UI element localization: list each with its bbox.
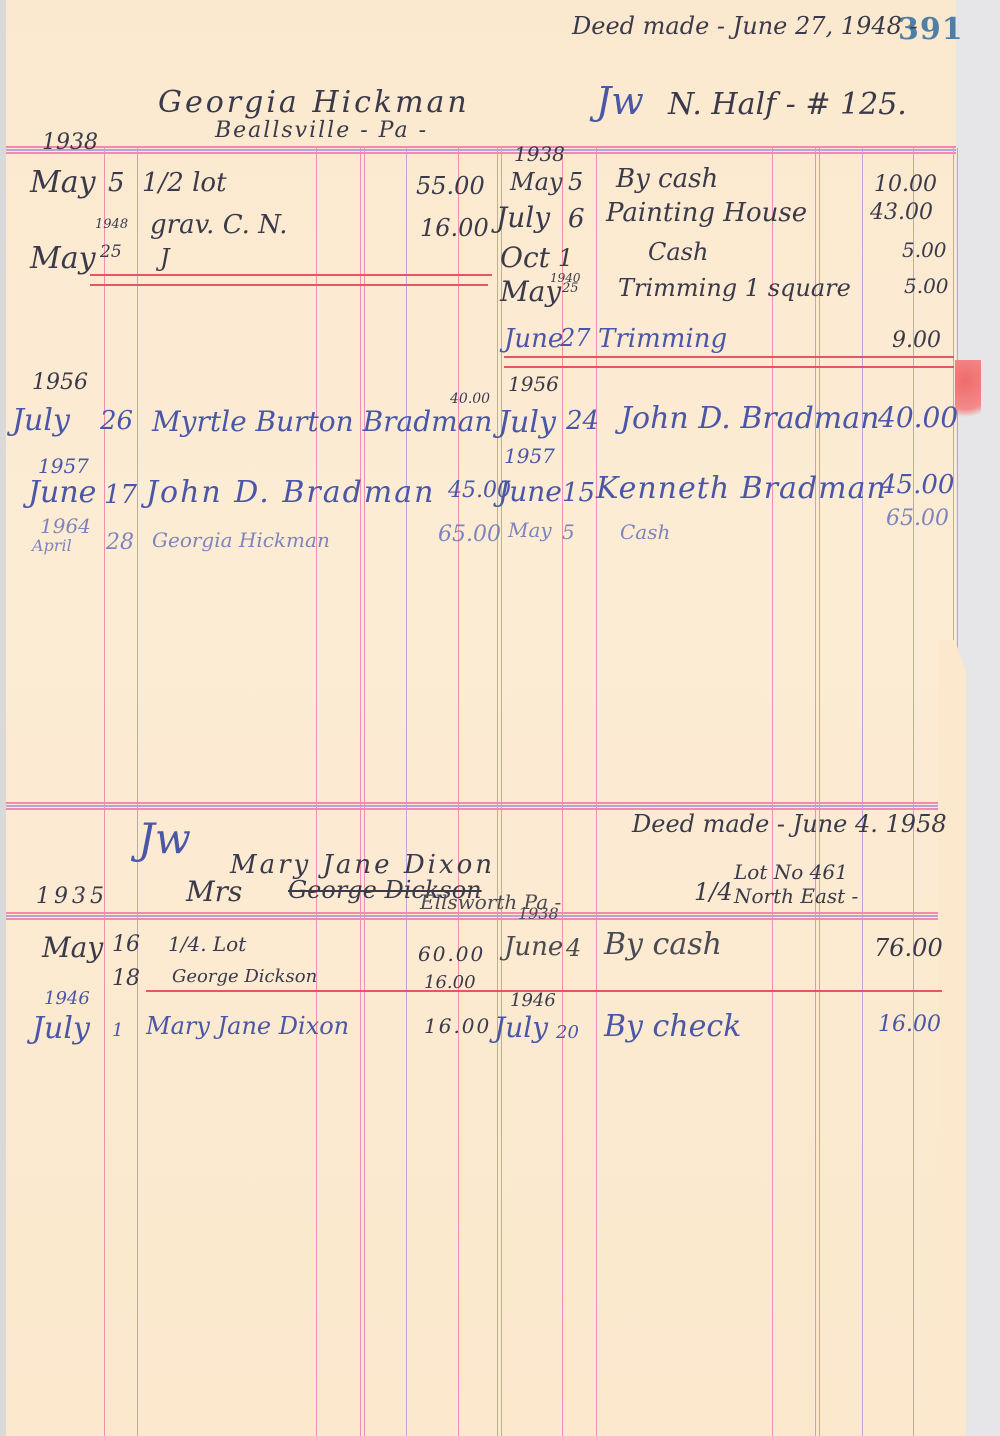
initials-mark: Jw <box>596 82 644 120</box>
credit-description: Painting House <box>606 200 807 226</box>
credit-day: 24 <box>566 408 599 434</box>
owner-prefix: Mrs <box>186 878 242 906</box>
owner-name: Georgia Hickman <box>158 88 470 118</box>
credit-amount: 65.00 <box>886 508 949 530</box>
owner-town: Beallsville - Pa - <box>215 120 428 142</box>
credit-day: 5 <box>568 170 583 194</box>
debit-day: 17 <box>104 482 137 508</box>
debit-day: 25 <box>100 244 122 261</box>
total-rule <box>90 274 492 276</box>
credit-amount: 9.00 <box>892 330 941 352</box>
debit-description: Myrtle Burton Bradman <box>152 408 492 436</box>
credit-description: Cash <box>620 522 670 542</box>
credit-description: Cash <box>648 240 708 264</box>
debit-amount: 65.00 <box>438 524 501 546</box>
credit-month: July <box>498 408 556 438</box>
debit-description: Mary Jane Dixon <box>146 1014 349 1038</box>
debit-month: April <box>32 538 72 554</box>
credit-description: By cash <box>616 166 718 192</box>
credit-month: May <box>508 520 552 540</box>
debit-year: 1956 <box>32 372 88 394</box>
debit-day: 18 <box>112 968 140 990</box>
credit-description: John D. Bradman <box>620 404 879 434</box>
credit-year: 1956 <box>508 374 559 394</box>
debit-amount: 55.00 <box>416 174 485 198</box>
red-ink-blot <box>955 360 981 430</box>
deed-note: Deed made - June 27, 1948 - <box>572 14 918 38</box>
credit-day: 20 <box>556 1024 579 1042</box>
debit-year: 1964 <box>40 516 91 536</box>
credit-description: By check <box>604 1012 741 1042</box>
credit-description: Trimming <box>598 326 727 352</box>
debit-day: 28 <box>106 532 134 554</box>
credit-month: June <box>498 478 562 506</box>
debit-month: June <box>28 478 96 508</box>
credit-year: 1957 <box>504 446 555 466</box>
credit-amount: 16.00 <box>878 1014 941 1036</box>
credit-month: June <box>504 934 563 960</box>
torn-edge <box>938 640 966 1436</box>
credit-amount: 5.00 <box>902 240 947 260</box>
total-rule <box>504 366 954 368</box>
lot-section: North East - <box>734 886 858 906</box>
credit-month: July <box>494 1014 548 1042</box>
debit-day: 5 <box>108 170 125 196</box>
debit-year: 1948 <box>95 218 128 231</box>
footer-rule-account-1 <box>6 802 956 810</box>
credit-month: May <box>510 170 562 194</box>
credit-month: June <box>504 326 563 352</box>
credit-day: 1 <box>558 246 573 270</box>
debit-description: Georgia Hickman <box>152 530 330 550</box>
debit-day: 16 <box>112 934 140 956</box>
credit-year: 1946 <box>510 992 556 1010</box>
lot-description: Lot No 461 <box>734 862 848 882</box>
debit-month: July <box>12 406 70 436</box>
debit-year: 1938 <box>42 132 98 154</box>
credit-amount: 45.00 <box>880 472 954 498</box>
credit-description: Trimming 1 square <box>618 276 851 300</box>
debit-amount: 40.00 <box>450 392 490 406</box>
credit-amount: 10.00 <box>874 174 937 196</box>
debit-description: 1/4. Lot <box>168 934 246 954</box>
debit-description: 1/2 lot <box>142 170 227 196</box>
credit-month: May <box>500 278 561 306</box>
debit-description: J <box>160 246 170 270</box>
debit-amount: 16.00 <box>420 216 489 240</box>
initials-mark: Jw <box>138 818 191 860</box>
credit-year: 1938 <box>514 144 565 164</box>
credit-amount: 43.00 <box>870 202 933 224</box>
credit-month: Oct <box>500 244 550 272</box>
debit-amount: 16.00 <box>424 1016 491 1036</box>
lot-description: N. Half - # 125. <box>668 90 907 120</box>
credit-amount: 76.00 <box>874 936 943 960</box>
debit-description: grav. C. N. <box>150 212 288 238</box>
debit-day: 1 <box>112 1022 123 1040</box>
credit-day: 5 <box>562 522 575 542</box>
debit-year: 1946 <box>44 990 90 1008</box>
header-rule-account-1 <box>6 146 956 154</box>
debit-description: John D. Bradman <box>146 478 435 508</box>
lot-fraction: 1/4 <box>694 880 733 904</box>
debit-month: July <box>32 1014 90 1044</box>
credit-month: July <box>496 204 550 232</box>
credit-description: By cash <box>604 930 722 960</box>
debit-day: 26 <box>100 408 133 434</box>
credit-amount: 5.00 <box>904 276 949 296</box>
total-rule <box>504 356 954 358</box>
debit-month: May <box>30 168 96 198</box>
deed-note: Deed made - June 4. 1958 <box>632 812 947 836</box>
debit-description: George Dickson <box>172 968 317 986</box>
credit-year: 1938 <box>518 906 559 922</box>
debit-month: May <box>30 244 96 274</box>
debit-year-header: 1935 <box>36 886 108 908</box>
credit-day: 4 <box>566 936 581 960</box>
debit-month: May <box>42 934 103 962</box>
credit-day: 15 <box>562 480 595 506</box>
credit-description: Kenneth Bradman <box>596 474 887 504</box>
debit-year: 1957 <box>38 456 89 476</box>
owner-name: Mary Jane Dixon <box>230 852 495 878</box>
credit-day: 27 <box>560 326 591 350</box>
debit-amount: 60.00 <box>418 944 485 964</box>
credit-day: 6 <box>568 206 585 232</box>
total-rule <box>90 284 488 286</box>
credit-amount: 40.00 <box>878 404 958 432</box>
credit-day: 25 <box>562 282 579 295</box>
